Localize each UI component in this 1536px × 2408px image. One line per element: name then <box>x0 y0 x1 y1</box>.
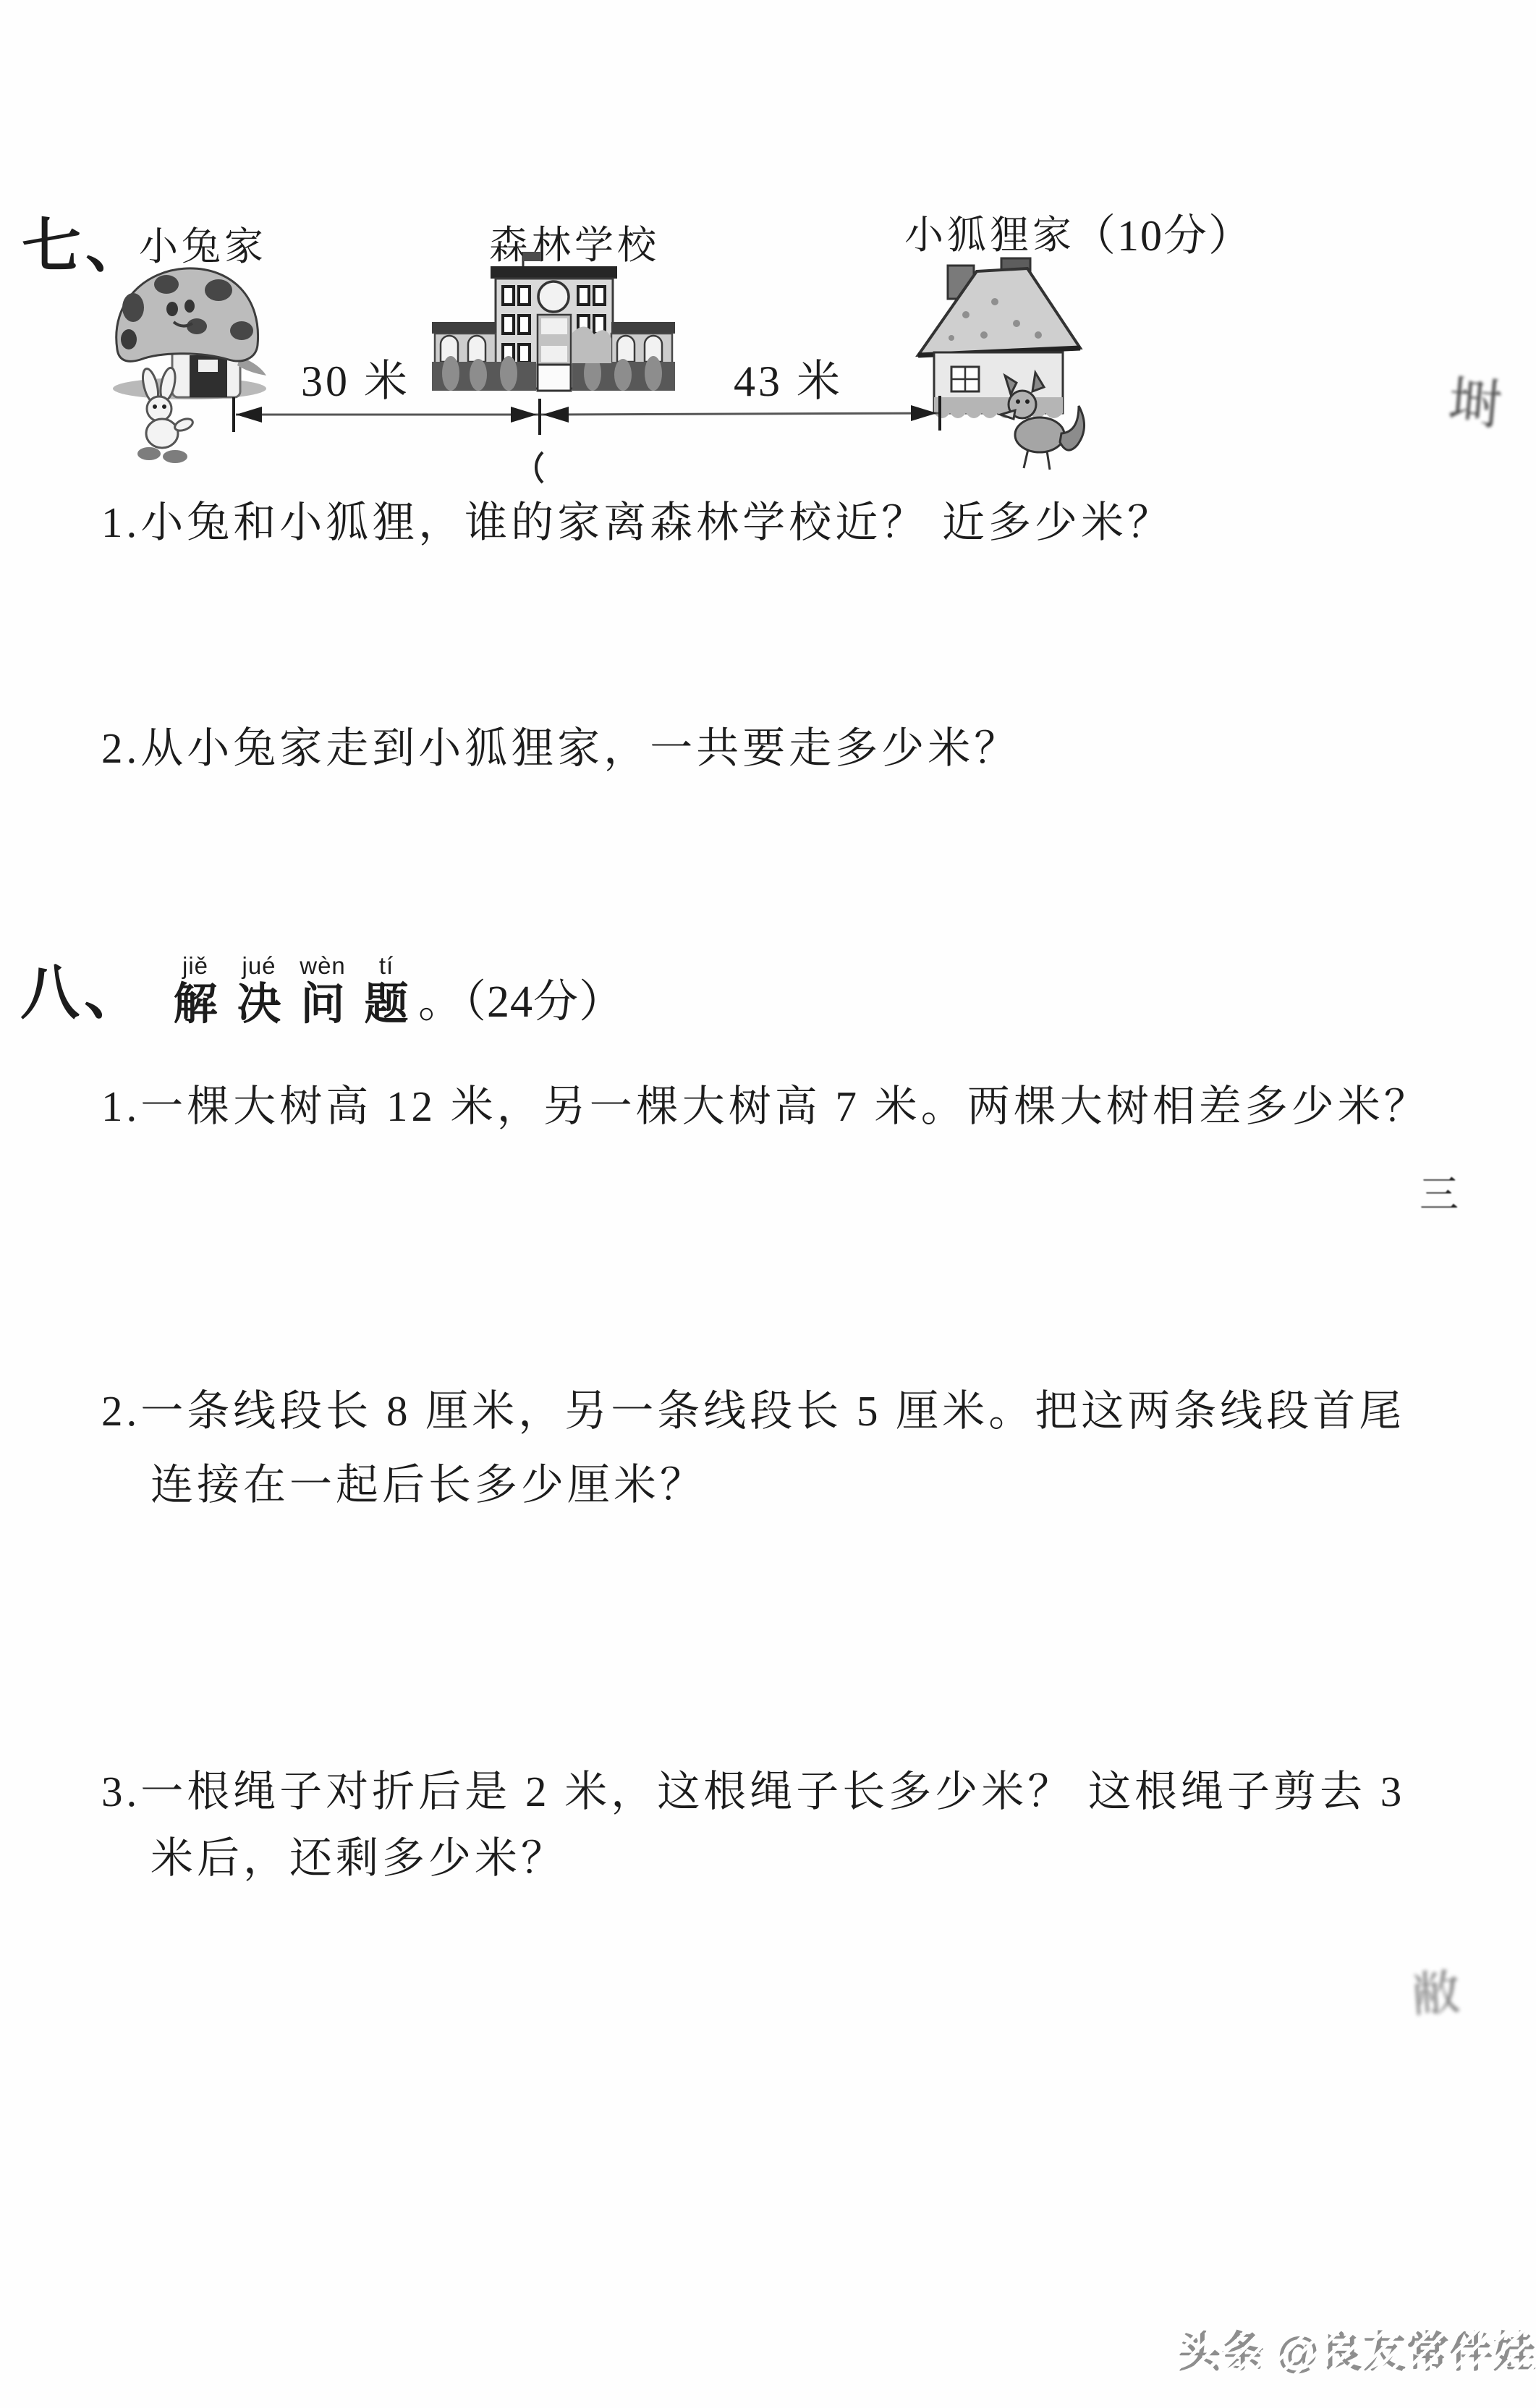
section8-question-2-line2: 连接在一起后长多少厘米？ <box>150 1460 706 1511</box>
section7-score: （10分） <box>1072 214 1253 258</box>
section7-question-1: 1.小兔和小狐狸，谁的家离森林学校近？ 近多少米？ <box>101 498 1174 548</box>
watermark: 头条 @良友常伴娃 <box>1178 2331 1536 2374</box>
distance-right-label: 43 米 <box>734 360 843 403</box>
title-char-wen: wèn 问 <box>291 954 355 1026</box>
section8-marker: 八、 <box>20 964 148 1026</box>
section8-question-3-line2: 米后，还剩多少米？ <box>150 1833 567 1884</box>
fox-home-label: 小狐狸家 <box>904 216 1075 255</box>
edge-smudge-1: 埘 <box>1446 376 1504 433</box>
section8-question-2-line1: 2.一条线段长 8 厘米，另一条线段长 5 厘米。把这两条线段首尾 <box>101 1386 1405 1437</box>
pinyin-jie: jiě <box>164 954 227 978</box>
title-char-jue: jué 决 <box>227 954 291 1026</box>
hanzi-ti: 题 <box>355 982 418 1026</box>
hanzi-wen: 问 <box>291 982 355 1026</box>
worksheet-page: 七、 小兔家 森林学校 小狐狸家 （10分） <box>0 0 1536 2408</box>
section8-question-3-line1: 3.一根绳子对折后是 2 米，这根绳子长多少米？ 这根绳子剪去 3 <box>101 1767 1405 1818</box>
section7-question-2: 2.从小兔家走到小狐狸家，一共要走多少米？ <box>101 724 1020 774</box>
hanzi-jue: 决 <box>227 982 291 1026</box>
edge-smudge-2: 三 <box>1420 1175 1459 1214</box>
rabbit-home-label: 小兔家 <box>139 227 267 266</box>
hanzi-jie: 解 <box>164 982 227 1026</box>
section8-score: 。（24分） <box>418 980 624 1026</box>
section8-header: 八、 jiě 解 jué 决 wèn 问 tí 题 。（24分） <box>20 954 624 1026</box>
distance-left-label: 30 米 <box>301 360 410 403</box>
pinyin-wen: wèn <box>291 954 355 978</box>
edge-smudge-3: 敝 <box>1411 1970 1461 2020</box>
school-illustration <box>430 246 676 392</box>
pinyin-ti: tí <box>355 954 418 978</box>
title-char-jie: jiě 解 <box>164 954 227 1026</box>
pinyin-jue: jué <box>227 954 291 978</box>
section8-question-1: 1.一棵大树高 12 米，另一棵大树高 7 米。两棵大树相差多少米？ <box>101 1082 1430 1132</box>
title-char-ti: tí 题 <box>355 954 418 1026</box>
